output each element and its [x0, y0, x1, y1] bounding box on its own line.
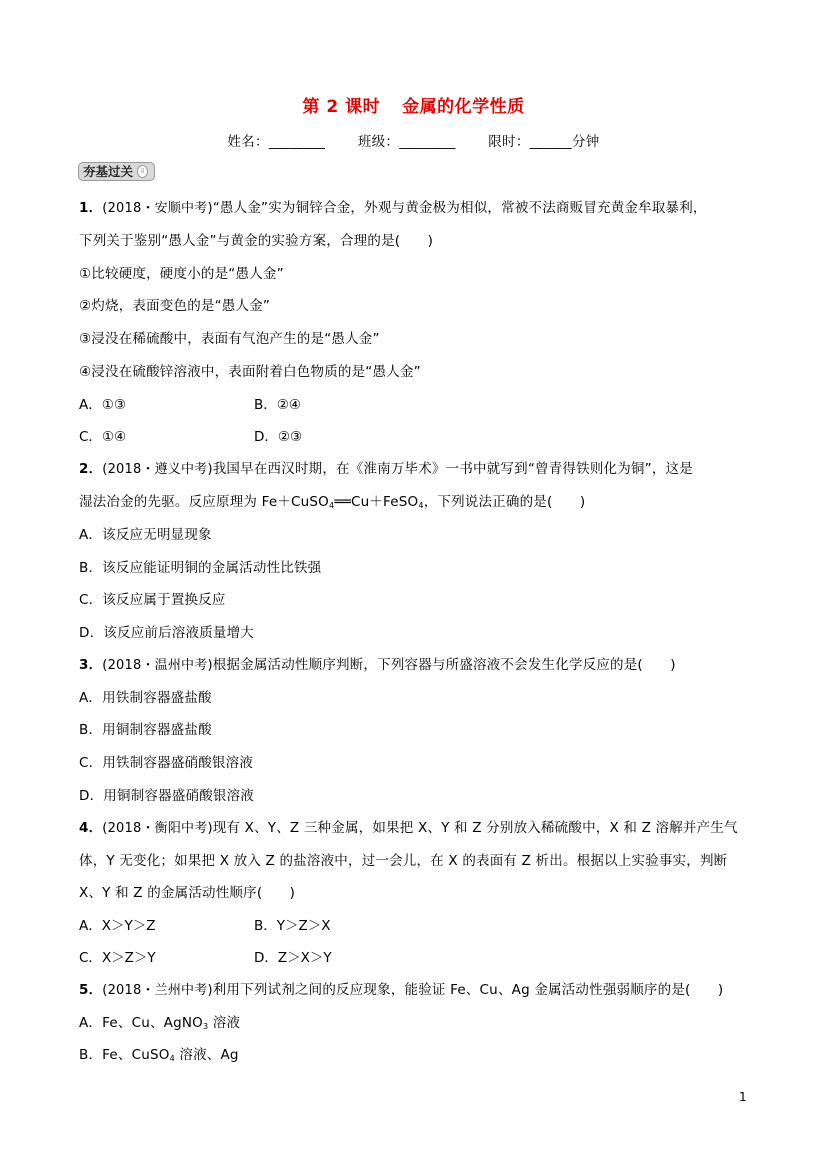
section-badge: 夯基过关 ⇩	[78, 162, 155, 181]
question-1-statement-2: ②灼烧，表面变色的是“愚人金”	[79, 294, 270, 314]
question-2-stem-line1: 2．(2018・遵义中考)我国早在西汉时期，在《淮南万毕术》一书中就写到“曾青得…	[79, 457, 693, 477]
lesson-title: 金属的化学性质	[402, 92, 525, 117]
question-1-option-d[interactable]: D．②③	[254, 425, 429, 445]
page-number: 1	[739, 1090, 747, 1104]
question-2-option-b[interactable]: B．该反应能证明铜的金属活动性比铁强	[79, 556, 321, 576]
question-1-options-row1: A．①③B．②④	[79, 393, 429, 413]
question-4-stem-line3: X、Y 和 Z 的金属活动性顺序( )	[79, 881, 295, 901]
question-1-options-row2: C．①④D．②③	[79, 425, 429, 445]
document-page: 第 2 课时金属的化学性质 姓名：________ 班级：________ 限时…	[0, 0, 827, 1170]
question-3-option-c[interactable]: C．用铁制容器盛硝酸银溶液	[79, 751, 253, 771]
question-1-statement-1: ①比较硬度，硬度小的是“愚人金”	[79, 262, 284, 282]
question-2-stem-line2: 湿法冶金的先驱。反应原理为 Fe＋CuSO4══Cu＋FeSO4，下列说法正确的…	[79, 490, 585, 510]
question-2-option-a[interactable]: A．该反应无明显现象	[79, 523, 212, 543]
question-3-option-b[interactable]: B．用铜制容器盛盐酸	[79, 718, 212, 738]
question-4-stem-line2: 体，Y 无变化；如果把 X 放入 Z 的盐溶液中，过一会儿，在 X 的表面有 Z…	[79, 849, 727, 869]
question-1-statement-3: ③浸没在稀硫酸中，表面有气泡产生的是“愚人金”	[79, 327, 380, 347]
question-3-option-a[interactable]: A．用铁制容器盛盐酸	[79, 686, 212, 706]
question-4-options-row1: A．X＞Y＞ZB．Y＞Z＞X	[79, 914, 429, 934]
name-field[interactable]: 姓名：________	[227, 130, 325, 150]
question-1-statement-4: ④浸没在硫酸锌溶液中，表面附着白色物质的是“愚人金”	[79, 360, 421, 380]
question-4-option-c[interactable]: C．X＞Z＞Y	[79, 946, 254, 966]
student-info-row: 姓名：________ 班级：________ 限时：______分钟	[0, 130, 827, 150]
question-2-option-c[interactable]: C．该反应属于置换反应	[79, 588, 226, 608]
question-5-option-b[interactable]: B．Fe、CuSO4 溶液、Ag	[79, 1043, 239, 1063]
down-arrow-circle-icon: ⇩	[137, 165, 148, 178]
class-field[interactable]: 班级：________	[358, 130, 456, 150]
question-3-option-d[interactable]: D．用铜制容器盛硝酸银溶液	[79, 784, 254, 804]
question-5-option-a[interactable]: A．Fe、Cu、AgNO3 溶液	[79, 1011, 240, 1031]
time-limit-field[interactable]: 限时：______分钟	[488, 130, 599, 150]
question-3-stem-line1: 3．(2018・温州中考)根据金属活动性顺序判断，下列容器与所盛溶液不会发生化学…	[79, 653, 676, 673]
page-title: 第 2 课时金属的化学性质	[0, 92, 827, 117]
question-1-option-b[interactable]: B．②④	[254, 393, 429, 413]
question-4-option-b[interactable]: B．Y＞Z＞X	[254, 914, 429, 934]
question-1-option-a[interactable]: A．①③	[79, 393, 254, 413]
lesson-number: 第 2 课时	[302, 92, 380, 117]
question-1-stem-line2: 下列关于鉴别“愚人金”与黄金的实验方案，合理的是( )	[79, 229, 433, 249]
question-4-option-d[interactable]: D．Z＞X＞Y	[254, 946, 429, 966]
question-2-option-d[interactable]: D．该反应前后溶液质量增大	[79, 621, 254, 641]
question-4-option-a[interactable]: A．X＞Y＞Z	[79, 914, 254, 934]
question-4-options-row2: C．X＞Z＞YD．Z＞X＞Y	[79, 946, 429, 966]
question-4-stem-line1: 4．(2018・衡阳中考)现有 X、Y、Z 三种金属，如果把 X、Y 和 Z 分…	[79, 816, 738, 836]
question-1-stem-line1: 1．(2018・安顺中考)“愚人金”实为铜锌合金，外观与黄金极为相似，常被不法商…	[79, 196, 707, 216]
question-5-stem-line1: 5．(2018・兰州中考)利用下列试剂之间的反应现象，能验证 Fe、Cu、Ag …	[79, 978, 723, 998]
question-1-option-c[interactable]: C．①④	[79, 425, 254, 445]
